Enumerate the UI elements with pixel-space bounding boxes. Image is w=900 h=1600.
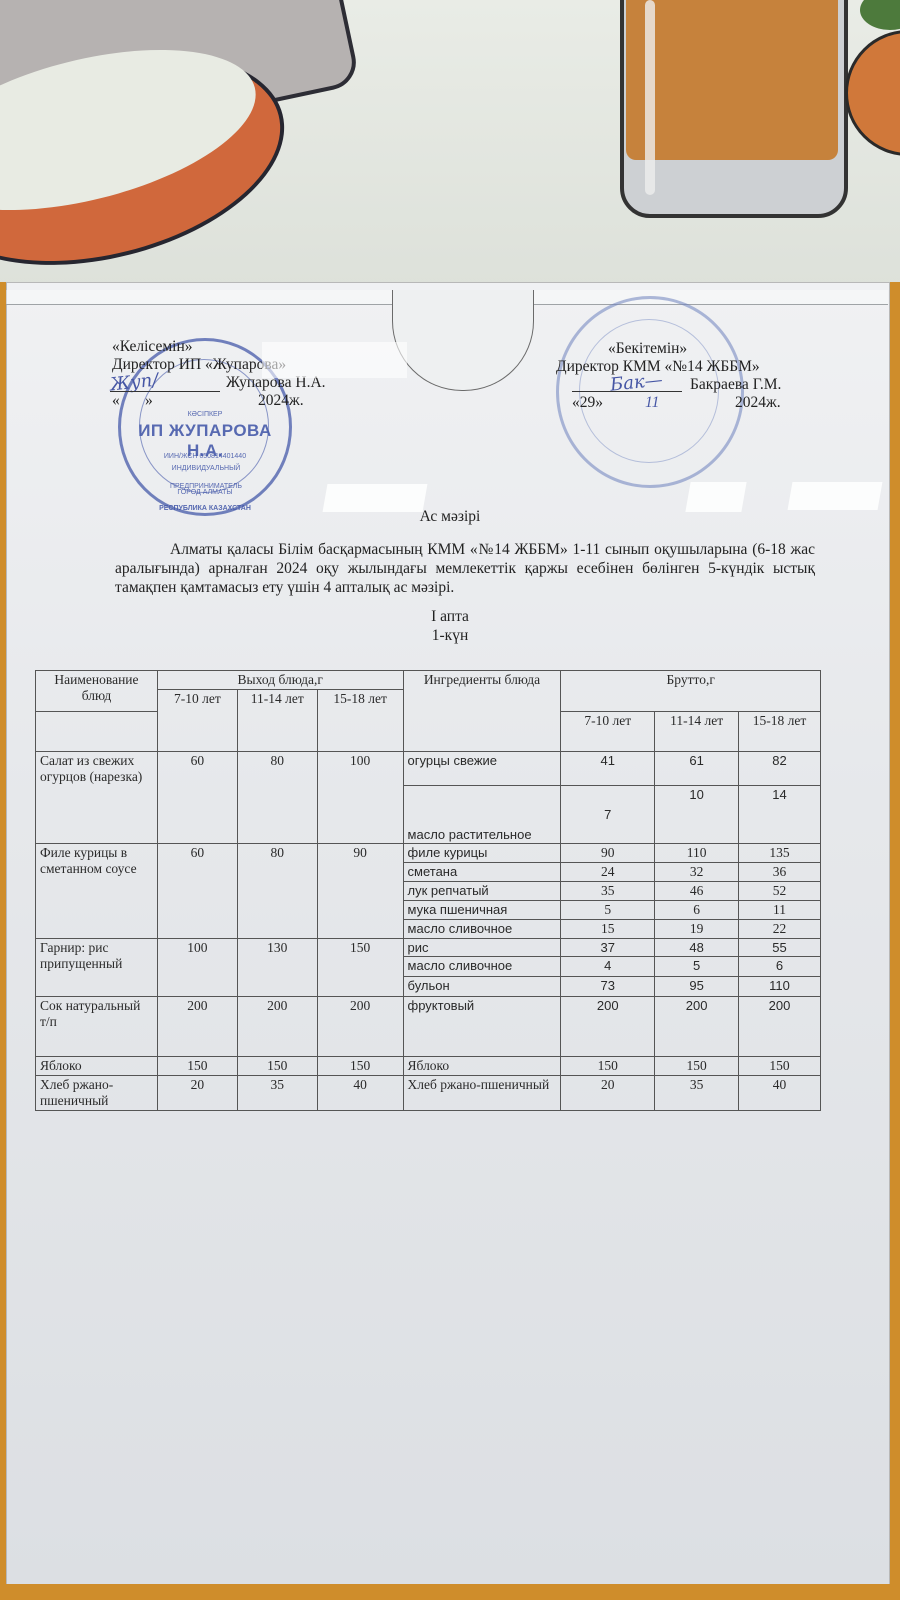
ingredient-gross-age-1: 73: [561, 977, 655, 997]
header-yield: Выход блюда,г: [157, 671, 403, 690]
day-label: 1-күн: [0, 627, 900, 645]
header-dish-name: Наименование блюд: [36, 671, 158, 712]
ingredient-name: масло сливочное: [403, 920, 561, 939]
dish-yield-age-1: 100: [157, 939, 237, 997]
ingredient-gross-age-2: 110: [655, 844, 739, 863]
ingredient-gross-age-2: 61: [655, 752, 739, 786]
left-date-close: »: [145, 392, 153, 410]
dish-yield-age-1: 60: [157, 844, 237, 939]
right-heading: «Бекітемін»: [608, 340, 687, 358]
dish-yield-age-1: 150: [157, 1057, 237, 1076]
ingredient-gross-age-2: 95: [655, 977, 739, 997]
ingredient-gross-age-1: 5: [561, 901, 655, 920]
dish-yield-age-2: 200: [237, 997, 317, 1057]
ingredient-name: мука пшеничная: [403, 901, 561, 920]
dish-name: Филе курицы в сметанном соусе: [36, 844, 158, 939]
right-date-month: 11: [645, 394, 659, 412]
week-label: I апта: [0, 608, 900, 626]
header-gross-age-3: 15-18 лет: [739, 712, 821, 752]
ingredient-gross-age-2: 19: [655, 920, 739, 939]
table-row: Хлеб ржано-пшеничный203540Хлеб ржано-пше…: [36, 1076, 821, 1111]
dish-name: Салат из свежих огурцов (нарезка): [36, 752, 158, 844]
stamp-line1: КӘСІПКЕР: [188, 411, 223, 418]
dish-yield-age-1: 200: [157, 997, 237, 1057]
ingredient-gross-age-3: 40: [739, 1076, 821, 1111]
menu-table-body: Салат из свежих огурцов (нарезка)6080100…: [36, 752, 821, 1111]
ingredient-gross-age-3: 11: [739, 901, 821, 920]
header-dish-name-spacer: [36, 712, 158, 752]
ingredient-gross-age-3: 36: [739, 863, 821, 882]
dish-yield-age-2: 35: [237, 1076, 317, 1111]
left-heading: «Келісемін»: [112, 338, 193, 356]
ingredient-gross-age-1: 37: [561, 939, 655, 957]
ingredient-name: лук репчатый: [403, 882, 561, 901]
ingredient-gross-age-2: 6: [655, 901, 739, 920]
orange-illustration: [845, 30, 900, 156]
light-glare: [262, 342, 407, 378]
table-row: Гарнир: рис припущенный100130150рис37485…: [36, 939, 821, 957]
ingredient-name: Хлеб ржано-пшеничный: [403, 1076, 561, 1111]
ingredient-name: масло сливочное: [403, 957, 561, 977]
dish-yield-age-3: 100: [317, 752, 403, 844]
ingredient-gross-age-3: 6: [739, 957, 821, 977]
dish-yield-age-2: 80: [237, 844, 317, 939]
ingredient-gross-age-3: 135: [739, 844, 821, 863]
dish-yield-age-2: 130: [237, 939, 317, 997]
ingredient-gross-age-1: 35: [561, 882, 655, 901]
glass-shine: [645, 0, 655, 195]
dish-name: Сок натуральный т/п: [36, 997, 158, 1057]
ingredient-name: масло растительное: [403, 786, 561, 844]
ingredient-gross-age-3: 14: [739, 786, 821, 844]
ingredient-gross-age-3: 110: [739, 977, 821, 997]
table-row: Салат из свежих огурцов (нарезка)6080100…: [36, 752, 821, 786]
right-year: 2024ж.: [735, 394, 781, 412]
right-name: Бакраева Г.М.: [690, 376, 781, 394]
ingredient-gross-age-3: 82: [739, 752, 821, 786]
light-glare: [788, 482, 883, 510]
header-yield-age-1: 7-10 лет: [157, 690, 237, 752]
header-gross-age-1: 7-10 лет: [561, 712, 655, 752]
ingredient-gross-age-1: 15: [561, 920, 655, 939]
dish-yield-age-3: 150: [317, 939, 403, 997]
stamp-city: ГОРОД АЛМАТЫ: [177, 489, 232, 496]
table-row: Яблоко150150150Яблоко150150150: [36, 1057, 821, 1076]
ingredient-name: сметана: [403, 863, 561, 882]
table-row: Филе курицы в сметанном соусе608090филе …: [36, 844, 821, 863]
dish-yield-age-2: 150: [237, 1057, 317, 1076]
left-year: 2024ж.: [258, 392, 304, 410]
frame-bottom: [0, 1584, 900, 1600]
header-gross-age-2: 11-14 лет: [655, 712, 739, 752]
left-signature-line: [110, 390, 220, 392]
document-title: Ас мәзірі: [0, 508, 900, 526]
ingredient-gross-age-2: 48: [655, 939, 739, 957]
document-description: Алматы қаласы Білім басқармасының КММ «№…: [115, 540, 815, 597]
dish-yield-age-1: 20: [157, 1076, 237, 1111]
ingredient-gross-age-3: 22: [739, 920, 821, 939]
ingredient-gross-age-1: 90: [561, 844, 655, 863]
ingredient-gross-age-1: 20: [561, 1076, 655, 1111]
menu-table: Наименование блюд Выход блюда,г Ингредие…: [35, 670, 821, 1111]
description-text: Алматы қаласы Білім басқармасының КММ «№…: [115, 540, 815, 597]
ingredient-gross-age-2: 46: [655, 882, 739, 901]
ingredient-gross-age-1: 41: [561, 752, 655, 786]
ingredient-gross-age-1: 24: [561, 863, 655, 882]
ingredient-name: бульон: [403, 977, 561, 997]
leaf-illustration: [860, 0, 900, 30]
ingredient-gross-age-3: 200: [739, 997, 821, 1057]
header-yield-age-2: 11-14 лет: [237, 690, 317, 752]
dish-name: Яблоко: [36, 1057, 158, 1076]
dish-yield-age-3: 90: [317, 844, 403, 939]
dish-name: Хлеб ржано-пшеничный: [36, 1076, 158, 1111]
header-yield-age-3: 15-18 лет: [317, 690, 403, 752]
ingredient-gross-age-3: 150: [739, 1057, 821, 1076]
ingredient-name: огурцы свежие: [403, 752, 561, 786]
header-ingredients: Ингредиенты блюда: [403, 671, 561, 752]
right-date-day: «29»: [572, 394, 603, 412]
ingredient-gross-age-2: 200: [655, 997, 739, 1057]
ingredient-gross-age-2: 35: [655, 1076, 739, 1111]
table-row: Сок натуральный т/п200200200фруктовый200…: [36, 997, 821, 1057]
right-signature-line: [572, 390, 682, 392]
ingredient-name: филе курицы: [403, 844, 561, 863]
ingredient-name: фруктовый: [403, 997, 561, 1057]
dish-yield-age-3: 40: [317, 1076, 403, 1111]
dish-yield-age-1: 60: [157, 752, 237, 844]
ingredient-gross-age-2: 5: [655, 957, 739, 977]
ingredient-gross-age-1: 7: [561, 786, 655, 844]
ingredient-gross-age-2: 10: [655, 786, 739, 844]
left-date-open: «: [112, 392, 120, 410]
dish-yield-age-3: 150: [317, 1057, 403, 1076]
dish-yield-age-2: 80: [237, 752, 317, 844]
ingredient-gross-age-2: 32: [655, 863, 739, 882]
juice-fill: [626, 0, 838, 160]
ingredient-gross-age-3: 52: [739, 882, 821, 901]
dish-yield-age-3: 200: [317, 997, 403, 1057]
ingredient-gross-age-2: 150: [655, 1057, 739, 1076]
ingredient-gross-age-3: 55: [739, 939, 821, 957]
ingredient-name: Яблоко: [403, 1057, 561, 1076]
ingredient-gross-age-1: 200: [561, 997, 655, 1057]
dish-name: Гарнир: рис припущенный: [36, 939, 158, 997]
wall-poster: [0, 0, 900, 290]
ingredient-gross-age-1: 4: [561, 957, 655, 977]
ingredient-name: рис: [403, 939, 561, 957]
header-gross: Брутто,г: [561, 671, 821, 712]
ingredient-gross-age-1: 150: [561, 1057, 655, 1076]
